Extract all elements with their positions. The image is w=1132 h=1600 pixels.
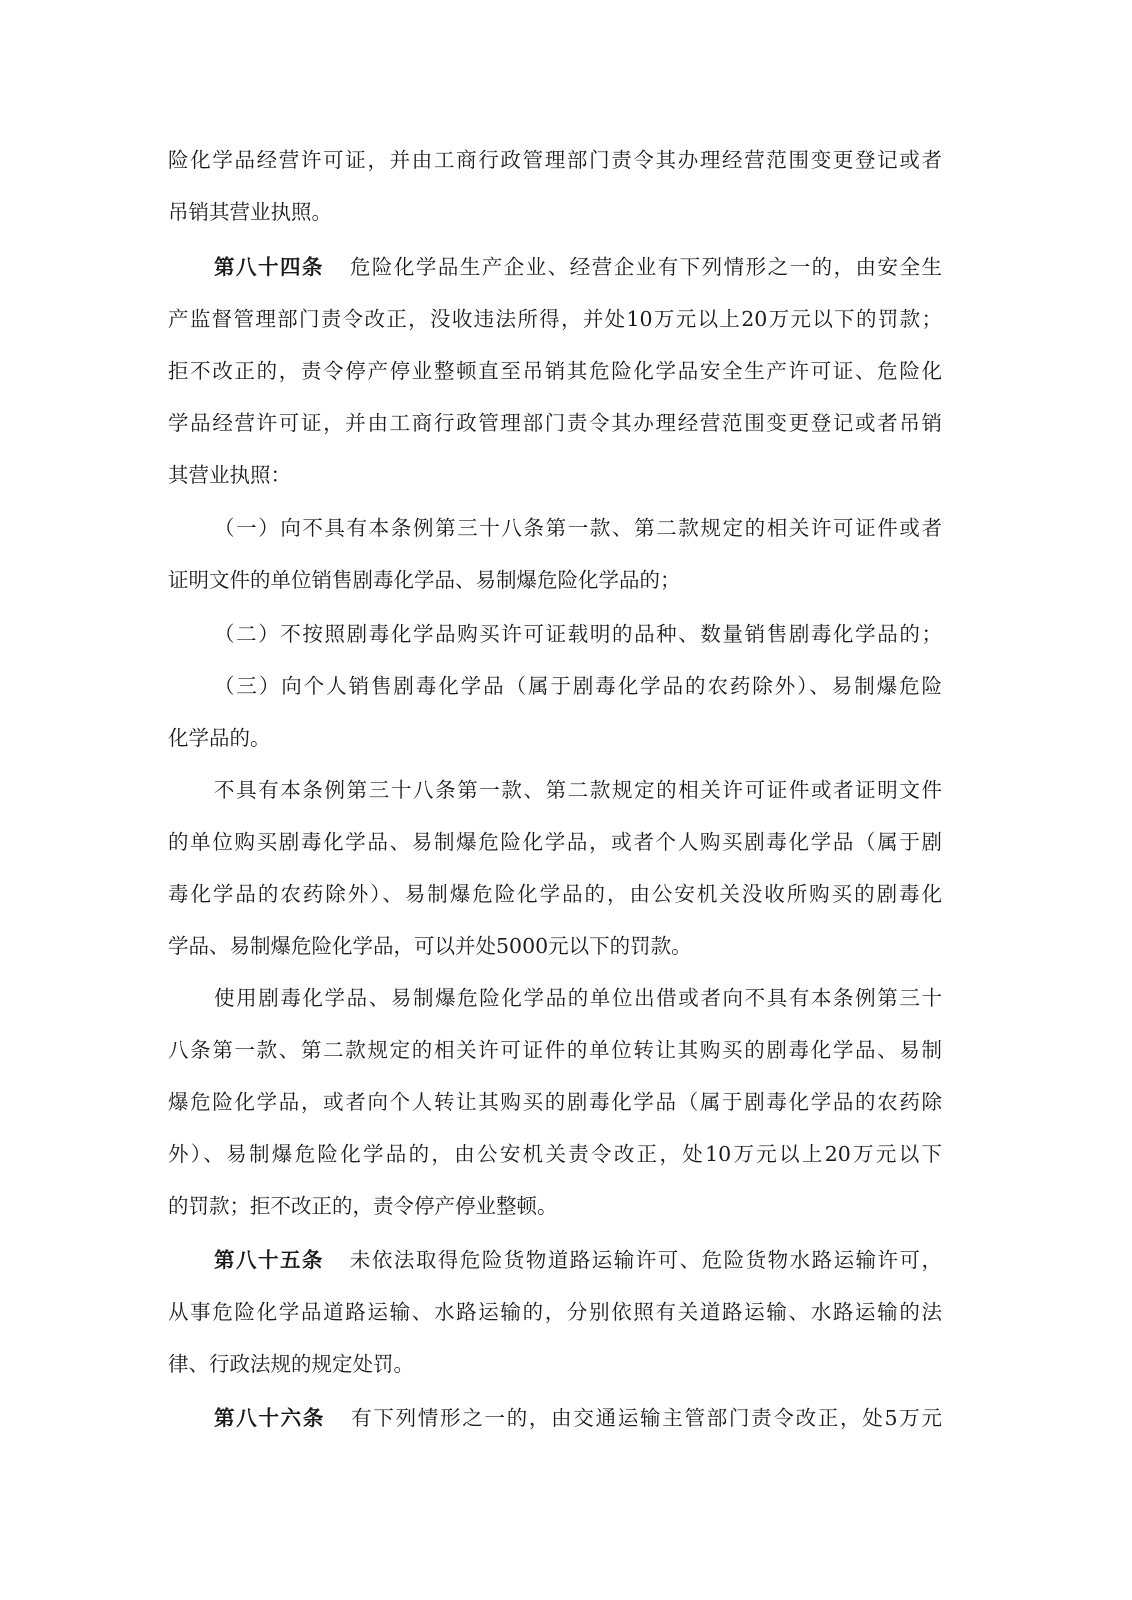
- list-item-1: （一）向不具有本条例第三十八条第一款、第二款规定的相关许可证件或者: [214, 511, 942, 545]
- line-text: 有下列情形之一的，由交通运输主管部门责令改正，处5万元: [351, 1406, 942, 1430]
- line-text: 律、行政法规的规定处罚。: [168, 1352, 414, 1376]
- line-text: 拒不改正的，责令停产停业整顿直至吊销其危险化学品安全生产许可证、危险化: [168, 359, 942, 383]
- text-line: 毒化学品的农药除外）、易制爆危险化学品的，由公安机关没收所购买的剧毒化: [168, 877, 942, 911]
- text-line: 从事危险化学品道路运输、水路运输的，分别依照有关道路运输、水路运输的法: [168, 1295, 942, 1329]
- text-line: 产监督管理部门责令改正，没收违法所得，并处10万元以上20万元以下的罚款；: [168, 302, 942, 336]
- line-text: 毒化学品的农药除外）、易制爆危险化学品的，由公安机关没收所购买的剧毒化: [168, 882, 942, 906]
- line-text: 爆危险化学品，或者向个人转让其购买的剧毒化学品（属于剧毒化学品的农药除: [168, 1090, 942, 1114]
- line-text: 产监督管理部门责令改正，没收违法所得，并处10万元以上20万元以下的罚款；: [168, 307, 942, 331]
- text-line: 吊销其营业执照。: [168, 195, 942, 229]
- article-84-heading-line: 第八十四条危险化学品生产企业、经营企业有下列情形之一的，由安全生: [214, 250, 942, 284]
- text-line: 学品经营许可证，并由工商行政管理部门责令其办理经营范围变更登记或者吊销: [168, 406, 942, 440]
- text-line: 拒不改正的，责令停产停业整顿直至吊销其危险化学品安全生产许可证、危险化: [168, 354, 942, 388]
- article-number: 第八十六条: [214, 1406, 325, 1430]
- line-text: 从事危险化学品道路运输、水路运输的，分别依照有关道路运输、水路运输的法: [168, 1300, 942, 1324]
- line-text: 危险化学品生产企业、经营企业有下列情形之一的，由安全生: [350, 255, 942, 279]
- text-line: 的单位购买剧毒化学品、易制爆危险化学品，或者个人购买剧毒化学品（属于剧: [168, 825, 942, 859]
- line-text: 的罚款；拒不改正的，责令停产停业整顿。: [168, 1194, 558, 1218]
- line-text: （三）向个人销售剧毒化学品（属于剧毒化学品的农药除外）、易制爆危险: [214, 674, 942, 698]
- line-text: 的单位购买剧毒化学品、易制爆危险化学品，或者个人购买剧毒化学品（属于剧: [168, 830, 942, 854]
- text-line: 爆危险化学品，或者向个人转让其购买的剧毒化学品（属于剧毒化学品的农药除: [168, 1085, 942, 1119]
- line-text: 外）、易制爆危险化学品的，由公安机关责令改正，处10万元以上20万元以下: [168, 1142, 942, 1166]
- line-text: 八条第一款、第二款规定的相关许可证件的单位转让其购买的剧毒化学品、易制: [168, 1038, 942, 1062]
- article-number: 第八十五条: [214, 1248, 324, 1272]
- text-line: 八条第一款、第二款规定的相关许可证件的单位转让其购买的剧毒化学品、易制: [168, 1033, 942, 1067]
- text-line: 化学品的。: [168, 721, 942, 755]
- article-85-heading-line: 第八十五条未依法取得危险货物道路运输许可、危险货物水路运输许可，: [214, 1243, 942, 1277]
- line-text: 吊销其营业执照。: [168, 200, 332, 224]
- paragraph-start: 使用剧毒化学品、易制爆危险化学品的单位出借或者向不具有本条例第三十: [214, 981, 942, 1015]
- list-item-3: （三）向个人销售剧毒化学品（属于剧毒化学品的农药除外）、易制爆危险: [214, 669, 942, 703]
- text-line: 的罚款；拒不改正的，责令停产停业整顿。: [168, 1189, 942, 1223]
- article-86-heading-line: 第八十六条有下列情形之一的，由交通运输主管部门责令改正，处5万元: [214, 1401, 942, 1435]
- line-text: （一）向不具有本条例第三十八条第一款、第二款规定的相关许可证件或者: [214, 516, 942, 540]
- document-page: 险化学品经营许可证，并由工商行政管理部门责令其办理经营范围变更登记或者 吊销其营…: [0, 0, 1132, 1600]
- text-line: 学品、易制爆危险化学品，可以并处5000元以下的罚款。: [168, 929, 942, 963]
- list-item-2: （二）不按照剧毒化学品购买许可证载明的品种、数量销售剧毒化学品的；: [214, 617, 942, 651]
- line-text: 使用剧毒化学品、易制爆危险化学品的单位出借或者向不具有本条例第三十: [214, 986, 942, 1010]
- line-text: 证明文件的单位销售剧毒化学品、易制爆危险化学品的；: [168, 568, 681, 592]
- text-line: 其营业执照：: [168, 458, 942, 492]
- paragraph-start: 不具有本条例第三十八条第一款、第二款规定的相关许可证件或者证明文件: [214, 773, 942, 807]
- line-text: 其营业执照：: [168, 463, 291, 487]
- text-line: 险化学品经营许可证，并由工商行政管理部门责令其办理经营范围变更登记或者: [168, 143, 942, 177]
- line-text: 未依法取得危险货物道路运输许可、危险货物水路运输许可，: [350, 1248, 942, 1272]
- text-line: 证明文件的单位销售剧毒化学品、易制爆危险化学品的；: [168, 563, 942, 597]
- line-text: 不具有本条例第三十八条第一款、第二款规定的相关许可证件或者证明文件: [214, 778, 942, 802]
- text-line: 外）、易制爆危险化学品的，由公安机关责令改正，处10万元以上20万元以下: [168, 1137, 942, 1171]
- line-text: 学品经营许可证，并由工商行政管理部门责令其办理经营范围变更登记或者吊销: [168, 411, 942, 435]
- text-line: 律、行政法规的规定处罚。: [168, 1347, 942, 1381]
- line-text: 险化学品经营许可证，并由工商行政管理部门责令其办理经营范围变更登记或者: [168, 148, 942, 172]
- article-number: 第八十四条: [214, 255, 324, 279]
- line-text: 学品、易制爆危险化学品，可以并处5000元以下的罚款。: [168, 934, 692, 958]
- line-text: 化学品的。: [168, 726, 271, 750]
- line-text: （二）不按照剧毒化学品购买许可证载明的品种、数量销售剧毒化学品的；: [214, 622, 942, 646]
